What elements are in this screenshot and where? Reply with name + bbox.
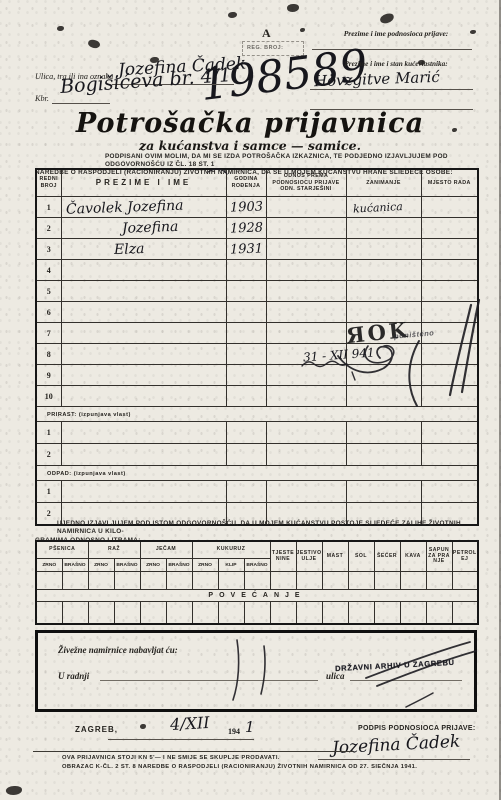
pen-flourishes — [0, 0, 501, 800]
pen-scribble — [302, 361, 347, 366]
pen-slash — [450, 305, 471, 395]
pen-slash — [462, 300, 479, 392]
pen-stroke — [366, 642, 470, 678]
pen-stroke — [261, 646, 265, 694]
pen-loop — [409, 341, 419, 406]
pen-stroke — [406, 693, 433, 707]
pen-tick — [352, 372, 355, 380]
pen-tick — [208, 169, 227, 174]
pen-stroke — [233, 640, 239, 700]
scanned-form-page: A Prezime i ime podnosioca prijave: REG.… — [0, 0, 501, 800]
